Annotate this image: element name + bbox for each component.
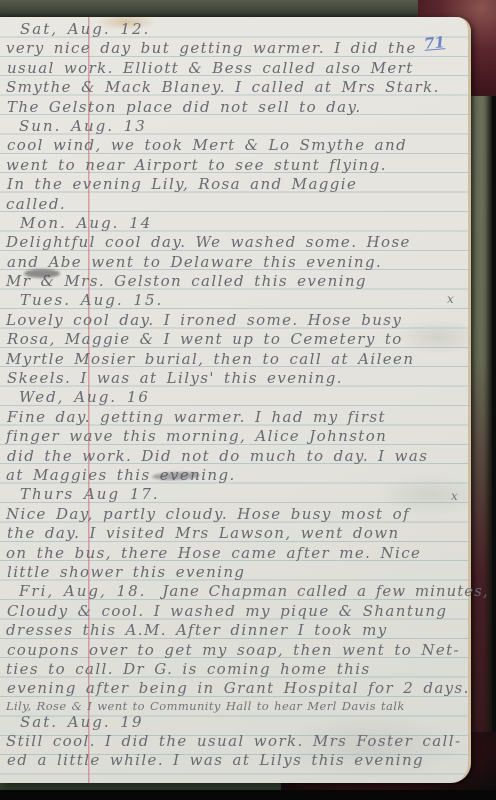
diary-line: Myrtle Mosier burial, then to call at Ai…	[6, 350, 464, 369]
diary-line: ties to call. Dr G. is coming home this	[6, 660, 464, 679]
diary-date-line: Sat. Aug. 19	[7, 713, 465, 732]
diary-date-heading: Mon. Aug. 14	[20, 214, 152, 232]
pencil-x-mark: x	[451, 489, 458, 503]
diary-line: finger wave this morning, Alice Johnston	[6, 427, 464, 446]
diary-date-heading: Sun. Aug. 13	[19, 117, 147, 135]
diary-line: on the bus, there Hose came after me. Ni…	[6, 544, 464, 563]
diary-line: very nice day but getting warmer. I did …	[6, 39, 464, 58]
diary-date-line: Thurs Aug 17.	[7, 485, 465, 504]
pencil-x-mark: x	[447, 292, 454, 306]
diary-date-heading: Thurs Aug 17.	[20, 485, 160, 503]
diary-line: dresses this A.M. After dinner I took my	[6, 621, 464, 640]
diary-line: Lily, Rose & I went to Community Hall to…	[6, 699, 464, 713]
diary-line: Mr & Mrs. Gelston called this evening	[6, 272, 464, 291]
diary-date-line: Sat, Aug. 12.	[7, 20, 465, 39]
diary-line: Lovely cool day. I ironed some. Hose bus…	[6, 311, 464, 330]
diary-line: cool wind, we took Mert & Lo Smythe and	[7, 136, 465, 155]
book-cover-top-edge	[0, 0, 466, 18]
diary-line: coupons over to get my soap, then went t…	[7, 641, 465, 660]
diary-date-heading: Sat. Aug. 19	[20, 713, 144, 731]
diary-line: did the work. Did not do much to day. I …	[7, 447, 465, 466]
diary-page-lines: Sat, Aug. 12.very nice day but getting w…	[7, 20, 465, 771]
ink-smudge	[24, 269, 60, 278]
book-cover-right-edge	[468, 0, 492, 800]
diary-inline-text: Jane Chapman called a few minutes,	[162, 582, 488, 600]
diary-line: Skeels. I was at Lilys' this evening.	[7, 369, 465, 388]
diary-line: went to near Airport to see stunt flying…	[6, 156, 464, 175]
diary-line: evening after being in Grant Hospital fo…	[7, 679, 465, 698]
diary-line: Smythe & Mack Blaney. I called at Mrs St…	[6, 78, 464, 97]
diary-line: Rosa, Maggie & I went up to Cemetery to	[7, 330, 465, 349]
diary-date-line: Sun. Aug. 13	[6, 117, 464, 136]
diary-line: The Gelston place did not sell to day.	[7, 98, 465, 117]
diary-date-heading: Sat, Aug. 12.	[20, 20, 150, 38]
diary-line: Delightful cool day. We washed some. Hos…	[6, 233, 464, 252]
diary-date-heading: Tues. Aug. 15.	[20, 291, 163, 309]
diary-line: ed a little while. I was at Lilys this e…	[7, 751, 465, 770]
diary-line: Still cool. I did the usual work. Mrs Fo…	[6, 732, 464, 751]
diary-line: at Maggies this evening.	[6, 466, 464, 485]
diary-date-line: Fri, Aug, 18.Jane Chapman called a few m…	[6, 582, 464, 601]
diary-date-line: Wed, Aug. 16	[6, 388, 464, 407]
diary-date-line: Mon. Aug. 14	[7, 214, 465, 233]
diary-line: Cloudy & cool. I washed my pique & Shant…	[7, 602, 465, 621]
diary-line: Fine day. getting warmer. I had my first	[7, 408, 465, 427]
diary-date-heading: Fri, Aug, 18.	[19, 582, 146, 600]
diary-line: the day. I visited Mrs Lawson, went down	[7, 524, 465, 543]
diary-page: 71 Sat, Aug. 12.very nice day but gettin…	[0, 17, 471, 783]
diary-line: little shower this evening	[7, 563, 465, 582]
diary-date-line: Tues. Aug. 15.	[7, 291, 465, 310]
diary-date-heading: Wed, Aug. 16	[19, 388, 150, 406]
backdrop-shadow	[0, 790, 496, 800]
diary-line: usual work. Elliott & Bess called also M…	[7, 59, 465, 78]
diary-line: called.	[6, 195, 464, 214]
diary-line: and Abe went to Delaware this evening.	[7, 253, 465, 272]
diary-line: Nice Day, partly cloudy. Hose busy most …	[6, 505, 464, 524]
diary-line: In the evening Lily, Rosa and Maggie	[7, 175, 465, 194]
